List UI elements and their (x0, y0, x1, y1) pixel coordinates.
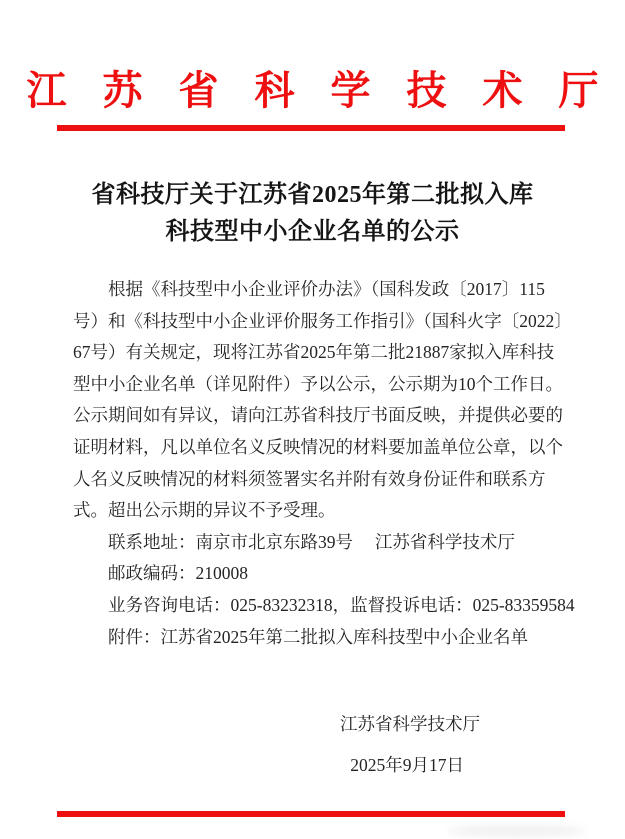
document-title: 省科技厅关于江苏省2025年第二批拟入库 科技型中小企业名单的公示 (0, 177, 625, 251)
signature-block: 江苏省科学技术厅 2025年9月17日 (0, 712, 625, 777)
paragraph-line: 号）和《科技型中小企业评价服务工作指引》（国科火字〔2022〕 (73, 306, 555, 338)
document-page: 江 苏 省 科 学 技 术 厅 省科技厅关于江苏省2025年第二批拟入库 科技型… (0, 0, 625, 839)
contact-info: 联系地址：南京市北京东路39号 江苏省科学技术厅邮政编码：210008业务咨询电… (73, 527, 555, 653)
contact-line: 联系地址：南京市北京东路39号 江苏省科学技术厅 (73, 527, 555, 559)
contact-line: 邮政编码：210008 (73, 558, 555, 590)
paragraph-line: 人名义反映情况的材料须签署实名并附有效身份证件和联系方 (73, 464, 555, 496)
signature-date: 2025年9月17日 (0, 753, 625, 777)
contact-line: 附件：江苏省2025年第二批拟入库科技型中小企业名单 (73, 622, 555, 654)
paragraph-line: 67号）有关规定，现将江苏省2025年第二批21887家拟入库科技 (73, 337, 555, 369)
document-title-line1: 省科技厅关于江苏省2025年第二批拟入库 (92, 182, 534, 208)
footer-divider-line (57, 811, 565, 817)
contact-line: 业务咨询电话：025-83232318，监督投诉电话：025-83359584 (73, 590, 555, 622)
letterhead-agency-name: 江 苏 省 科 学 技 术 厅 (0, 68, 625, 114)
paragraph-line: 根据《科技型中小企业评价办法》（国科发政〔2017〕115 (73, 274, 555, 306)
main-paragraph: 根据《科技型中小企业评价办法》（国科发政〔2017〕115号）和《科技型中小企业… (73, 274, 555, 527)
letterhead-divider-line (57, 125, 565, 131)
paragraph-line: 证明材料，凡以单位名义反映情况的材料要加盖单位公章，以个 (73, 432, 555, 464)
document-body: 根据《科技型中小企业评价办法》（国科发政〔2017〕115号）和《科技型中小企业… (73, 274, 555, 653)
paragraph-line: 型中小企业名单（详见附件）予以公示，公示期为10个工作日。 (73, 369, 555, 401)
signature-agency: 江苏省科学技术厅 (0, 712, 625, 736)
paragraph-line: 式。超出公示期的异议不予受理。 (73, 495, 555, 527)
document-title-line2: 科技型中小企业名单的公示 (166, 219, 460, 245)
paragraph-line: 公示期间如有异议，请向江苏省科技厅书面反映，并提供必要的 (73, 400, 555, 432)
scan-artifact (448, 825, 586, 837)
